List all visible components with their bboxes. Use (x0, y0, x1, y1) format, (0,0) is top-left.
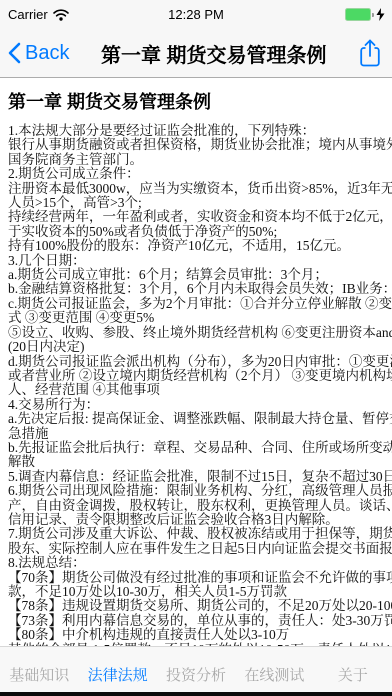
tab-about[interactable]: 关于 (314, 664, 392, 692)
content-line: b.先报证监会批后执行：章程、交易品种、合同、住所或场所变动，合并分 (8, 441, 392, 455)
navigation-bar: Back 第一章 期货交易管理条例 (0, 29, 392, 78)
content-line: 【78条】违规设置期货交易所、期货公司的，不足20万处以20-100万 (8, 599, 392, 613)
clock: 12:28 PM (0, 7, 392, 22)
content-line: 式 ③变更范围 ④变更5% (8, 311, 392, 325)
article-body: 1.本法规大部分是要经过证监会批准的，下列特殊：银行从事期货融资或者担保资格，期… (8, 124, 392, 646)
page-title: 第一章 期货交易管理条例 (73, 39, 354, 68)
content-line: 注册资本最低3000w，应当为实缴资本，货币出资>85%，近3年无违规；从 (8, 182, 392, 196)
screen-bottom-edge (0, 692, 392, 696)
content-line: 持续经营两年，一年盈利或者，实收资金和资本均不低于2亿元，净资产不低 (8, 210, 392, 224)
content-line: 5.调查内幕信息：经证监会批准，限制不过15日，复杂不超过30日。 (8, 470, 392, 484)
tab-laws-regulations[interactable]: 法律法规 (78, 664, 156, 692)
content-line: 2.期货公司成立条件： (8, 167, 392, 181)
chevron-left-icon (8, 42, 21, 64)
content-line: 8.法规总结： (8, 556, 392, 570)
share-button[interactable] (358, 38, 382, 68)
content-line: 6.期货公司出现风险措施：限制业务机构、分红，高级管理人员报酬，转让 (8, 484, 392, 498)
content-line: 持有100%股份的股东：净资产10亿元，不适用，15亿元。 (8, 239, 392, 253)
tab-basic-knowledge[interactable]: 基础知识 (0, 664, 78, 692)
share-icon (358, 38, 382, 68)
tab-online-test[interactable]: 在线测试 (235, 664, 313, 692)
content-line: 【80条】中介机构违规的直接责任人处以3-10万 (8, 628, 392, 642)
content-line: a.先决定后报: 提高保证金、调整涨跌幅、限制最大持仓量、暂停交易、其他紧 (8, 412, 392, 426)
back-button-label: Back (25, 42, 69, 65)
content-line: d.期货公司报证监会派出机构（分布），多为20日内审批：①变更法人、住 (8, 355, 392, 369)
content-line: 4.交易所行为： (8, 398, 392, 412)
article-heading: 第一章 期货交易管理条例 (8, 88, 392, 114)
content-line: 3.几个日期： (8, 254, 392, 268)
content-line: 解散 (8, 455, 392, 469)
tab-bar: 基础知识法律法规投资分析在线测试关于 (0, 646, 392, 692)
content-line: 急措施 (8, 427, 392, 441)
content-line: 产，自由资金调拨，股权转让，股东权利，更换管理人员。谈话、提示、记 (8, 499, 392, 513)
content-line: 【70条】期货公司做没有经过批准的事项和证监会不允许做的事项，是1-3倍 (8, 571, 392, 585)
back-button[interactable]: Back (8, 42, 69, 65)
status-bar: Carrier 12:28 PM (0, 0, 392, 29)
app-screen: Carrier 12:28 PM (0, 0, 392, 696)
content-line: b.金融结算资格批复：3个月，6个月内未取得会员失效；IB业务：20日 (8, 282, 392, 296)
content-line: 银行从事期货融资或者担保资格，期货业协会批准；境内从事境外商品期货 (8, 138, 392, 152)
content-line: (20日内决定) (8, 340, 392, 354)
content-line: 7.期货公司涉及重大诉讼、仲裁、股权被冻结或用于担保等，期货公司、控 (8, 527, 392, 541)
tab-investment-analysis[interactable]: 投资分析 (157, 664, 235, 692)
content-line: ⑤设立、收购、参股、终止境外期货经营机构 ⑥变更注册资本and 其他情 (8, 326, 392, 340)
article-content[interactable]: 第一章 期货交易管理条例 1.本法规大部分是要经过证监会批准的，下列特殊：银行从… (0, 78, 392, 646)
content-line: 人、经营范围 ④其他事项 (8, 383, 392, 397)
